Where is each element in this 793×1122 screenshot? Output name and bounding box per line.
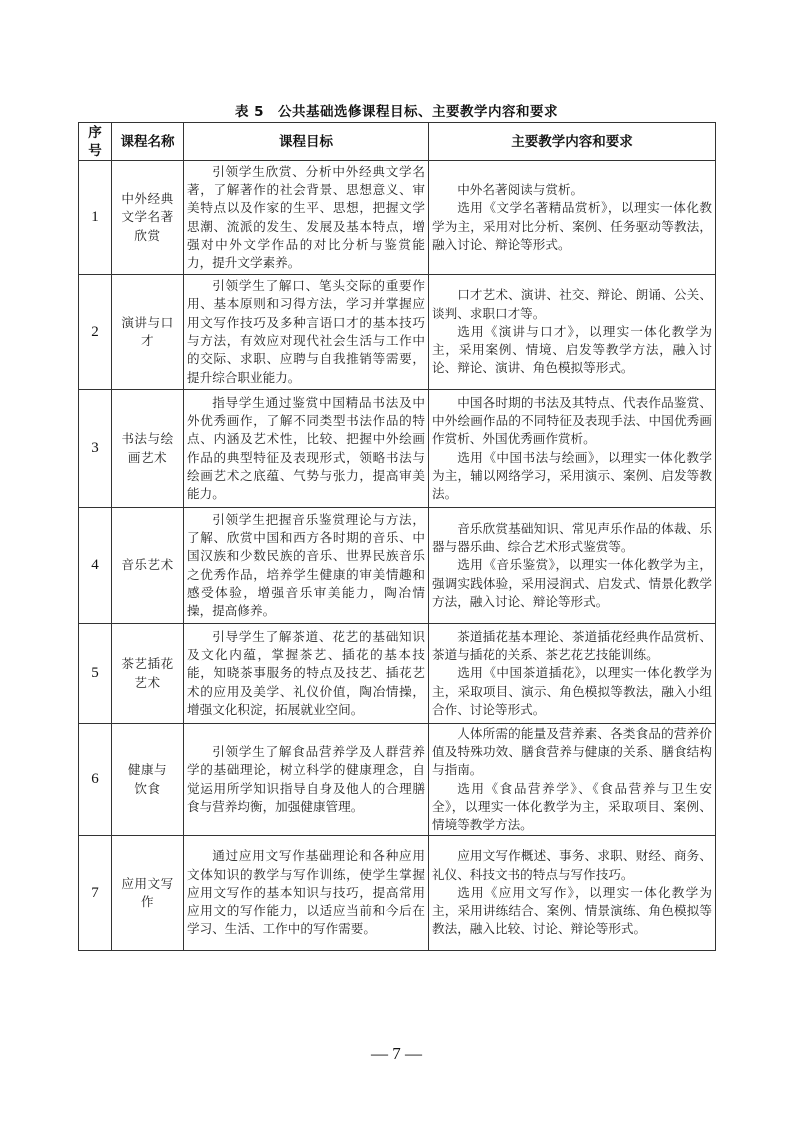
goal-text: 引导学生了解茶道、花艺的基础知识及文化内蕴，掌握茶艺、插花的基本技能，知晓茶事服… [187, 628, 425, 719]
teaching-content: 茶道插花基本理论、茶道插花经典作品赏析、茶道与插花的关系、茶艺花艺技能训练。选用… [429, 624, 716, 724]
course-name: 演讲与口才 [112, 275, 184, 390]
header-index: 序号 [79, 123, 112, 161]
goal-text: 引领学生了解食品营养学及人群营养学的基础理论，树立科学的健康理念，自觉运用所学知… [187, 743, 425, 816]
goal-text: 引领学生了解口、笔头交际的重要作用、基本原则和习得方法，学习并掌握应用文写作技巧… [187, 277, 425, 387]
course-name: 中外经典文学名著欣赏 [112, 161, 184, 275]
course-goal: 指导学生通过鉴赏中国精品书法及中外优秀画作，了解不同类型书法作品的特点、内涵及艺… [184, 390, 429, 508]
row-index: 3 [79, 390, 112, 508]
table-header-row: 序号 课程名称 课程目标 主要教学内容和要求 [79, 123, 716, 161]
goal-text: 通过应用文写作基础理论和各种应用文体知识的教学与写作训练，使学生掌握应用文写作的… [187, 847, 425, 938]
course-name: 书法与绘画艺术 [112, 390, 184, 508]
course-goal: 引领学生欣赏、分析中外经典文学名著，了解著作的社会背景、思想意义、审美特点以及作… [184, 161, 429, 275]
content-paragraph: 选用《中国书法与绘画》，以理实一体化教学为主，辅以网络学习，采用演示、案例、启发… [432, 449, 712, 504]
course-name: 音乐艺术 [112, 508, 184, 624]
content-paragraph: 中国各时期的书法及其特点、代表作品鉴赏、中外绘画作品的不同特征及表现手法、中国优… [432, 394, 712, 449]
content-paragraph: 口才艺术、演讲、社交、辩论、朗诵、公关、谈判、求职口才等。 [432, 286, 712, 323]
content-paragraph: 音乐欣赏基础知识、常见声乐作品的体裁、乐器与器乐曲、综合艺术形式鉴赏等。 [432, 520, 712, 557]
row-index: 5 [79, 624, 112, 724]
table-row: 6健康与饮食引领学生了解食品营养学及人群营养学的基础理论，树立科学的健康理念，自… [79, 724, 716, 836]
content-paragraph: 人体所需的能量及营养素、各类食品的营养价值及特殊功效、膳食营养与健康的关系、膳食… [432, 725, 712, 780]
content-paragraph: 应用文写作概述、事务、求职、财经、商务、礼仪、科技文书的特点与写作技巧。 [432, 847, 712, 884]
content-paragraph: 选用《文学名著精品赏析》，以理实一体化教学为主，采用对比分析、案例、任务驱动等教… [432, 199, 712, 254]
row-index: 4 [79, 508, 112, 624]
teaching-content: 人体所需的能量及营养素、各类食品的营养价值及特殊功效、膳食营养与健康的关系、膳食… [429, 724, 716, 836]
header-course-name: 课程名称 [112, 123, 184, 161]
goal-text: 引领学生把握音乐鉴赏理论与方法，了解、欣赏中国和西方各时期的音乐、中国汉族和少数… [187, 511, 425, 621]
teaching-content: 中国各时期的书法及其特点、代表作品鉴赏、中外绘画作品的不同特征及表现手法、中国优… [429, 390, 716, 508]
course-name: 茶艺插花艺术 [112, 624, 184, 724]
course-goal: 引领学生了解口、笔头交际的重要作用、基本原则和习得方法，学习并掌握应用文写作技巧… [184, 275, 429, 390]
teaching-content: 中外名著阅读与赏析。选用《文学名著精品赏析》，以理实一体化教学为主，采用对比分析… [429, 161, 716, 275]
content-paragraph: 选用《应用文写作》，以理实一体化教学为主，采用讲练结合、案例、情景演练、角色模拟… [432, 884, 712, 939]
course-name: 健康与饮食 [112, 724, 184, 836]
teaching-content: 口才艺术、演讲、社交、辩论、朗诵、公关、谈判、求职口才等。选用《演讲与口才》，以… [429, 275, 716, 390]
course-goal: 引导学生了解茶道、花艺的基础知识及文化内蕴，掌握茶艺、插花的基本技能，知晓茶事服… [184, 624, 429, 724]
course-goal: 引领学生了解食品营养学及人群营养学的基础理论，树立科学的健康理念，自觉运用所学知… [184, 724, 429, 836]
content-paragraph: 选用《食品营养学》、《食品营养与卫生安全》，以理实一体化教学为主，采取项目、案例… [432, 780, 712, 835]
content-paragraph: 茶道插花基本理论、茶道插花经典作品赏析、茶道与插花的关系、茶艺花艺技能训练。 [432, 628, 712, 665]
goal-text: 指导学生通过鉴赏中国精品书法及中外优秀画作，了解不同类型书法作品的特点、内涵及艺… [187, 394, 425, 504]
content-paragraph: 选用《中国茶道插花》，以理实一体化教学为主，采取项目、演示、角色模拟等教法，融入… [432, 664, 712, 719]
teaching-content: 应用文写作概述、事务、求职、财经、商务、礼仪、科技文书的特点与写作技巧。选用《应… [429, 836, 716, 951]
content-paragraph: 选用《演讲与口才》，以理实一体化教学为主，采用案例、情境、启发等教学方法，融入讨… [432, 323, 712, 378]
table-row: 5茶艺插花艺术引导学生了解茶道、花艺的基础知识及文化内蕴，掌握茶艺、插花的基本技… [79, 624, 716, 724]
table-row: 3书法与绘画艺术指导学生通过鉴赏中国精品书法及中外优秀画作，了解不同类型书法作品… [79, 390, 716, 508]
course-name: 应用文写作 [112, 836, 184, 951]
table-caption: 表 5 公共基础选修课程目标、主要教学内容和要求 [78, 100, 715, 120]
table-row: 4音乐艺术引领学生把握音乐鉴赏理论与方法，了解、欣赏中国和西方各时期的音乐、中国… [79, 508, 716, 624]
page-number: — 7 — [0, 1044, 793, 1064]
row-index: 7 [79, 836, 112, 951]
course-table: 序号 课程名称 课程目标 主要教学内容和要求 1中外经典文学名著欣赏引领学生欣赏… [78, 122, 716, 951]
table-row: 2演讲与口才引领学生了解口、笔头交际的重要作用、基本原则和习得方法，学习并掌握应… [79, 275, 716, 390]
content-paragraph: 选用《音乐鉴赏》，以理实一体化教学为主，强调实践体验，采用浸润式、启发式、情景化… [432, 556, 712, 611]
goal-text: 引领学生欣赏、分析中外经典文学名著，了解著作的社会背景、思想意义、审美特点以及作… [187, 163, 425, 273]
header-teaching-content: 主要教学内容和要求 [429, 123, 716, 161]
row-index: 2 [79, 275, 112, 390]
table-row: 7应用文写作通过应用文写作基础理论和各种应用文体知识的教学与写作训练，使学生掌握… [79, 836, 716, 951]
course-goal: 通过应用文写作基础理论和各种应用文体知识的教学与写作训练，使学生掌握应用文写作的… [184, 836, 429, 951]
content-paragraph: 中外名著阅读与赏析。 [432, 181, 712, 199]
teaching-content: 音乐欣赏基础知识、常见声乐作品的体裁、乐器与器乐曲、综合艺术形式鉴赏等。选用《音… [429, 508, 716, 624]
row-index: 1 [79, 161, 112, 275]
table-row: 1中外经典文学名著欣赏引领学生欣赏、分析中外经典文学名著，了解著作的社会背景、思… [79, 161, 716, 275]
header-course-goal: 课程目标 [184, 123, 429, 161]
course-goal: 引领学生把握音乐鉴赏理论与方法，了解、欣赏中国和西方各时期的音乐、中国汉族和少数… [184, 508, 429, 624]
row-index: 6 [79, 724, 112, 836]
